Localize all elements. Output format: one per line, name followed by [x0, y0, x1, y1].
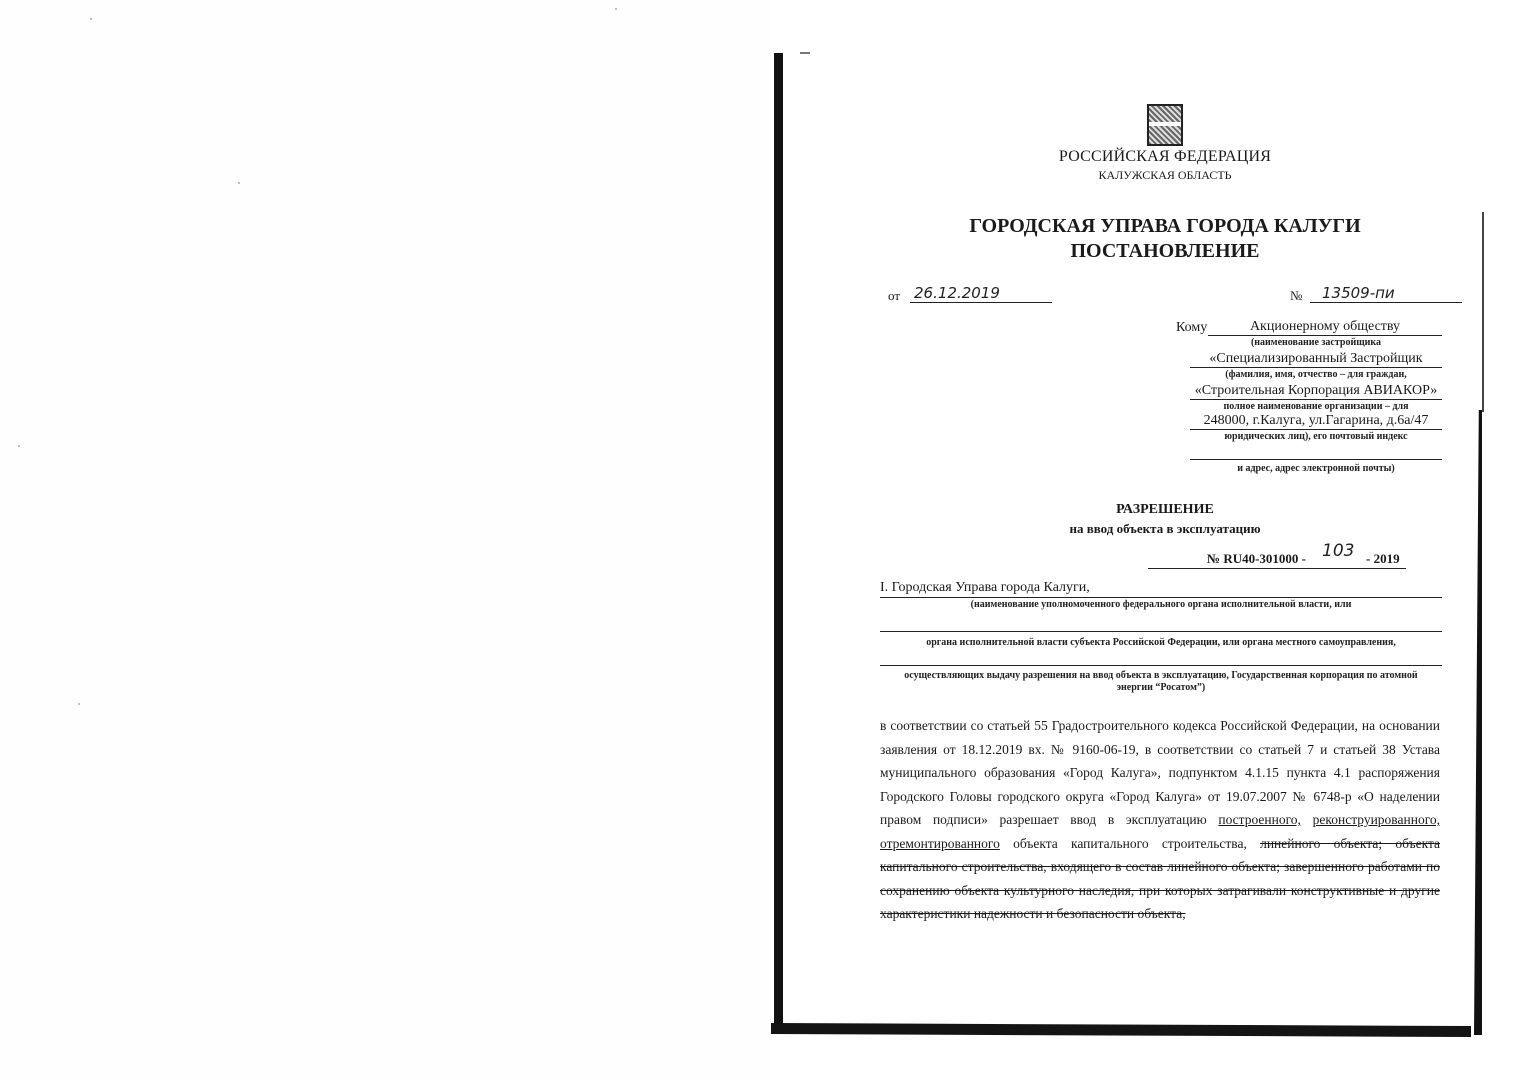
number-label: № — [1290, 288, 1302, 304]
region-name: КАЛУЖСКАЯ ОБЛАСТЬ — [870, 168, 1460, 183]
scan-speck — [90, 18, 92, 20]
date-label: от — [888, 288, 900, 304]
permit-body-text: в соответствии со статьей 55 Градостроит… — [880, 714, 1440, 926]
authority-caption-1: (наименование уполномоченного федерально… — [880, 599, 1442, 610]
recipient-line-2: «Специализированный Застройщик — [1190, 351, 1442, 368]
authority-blank-line-1 — [880, 618, 1442, 632]
scan-speck — [78, 703, 80, 705]
country-name: РОССИЙСКАЯ ФЕДЕРАЦИЯ — [870, 148, 1460, 166]
recipient-line-1: Акционерному обществу — [1208, 319, 1442, 336]
permit-number-prefix: № RU40-301000 - — [1207, 551, 1306, 567]
scan-shadow-left — [774, 53, 783, 1028]
recipient-caption-4: юридических лиц), его почтовый индекс — [1190, 431, 1442, 442]
document-type: ПОСТАНОВЛЕНИЕ — [870, 240, 1460, 263]
body-text-plain: в соответствии со статьей 55 Градостроит… — [880, 718, 1440, 827]
recipient-label: Кому — [1176, 320, 1207, 336]
date-value: 26.12.2019 — [910, 284, 1052, 303]
recipient-line-3: «Строительная Корпорация АВИАКОР» — [1190, 383, 1442, 400]
permit-number-suffix: - 2019 — [1366, 551, 1400, 567]
scan-shadow-right-thin — [1482, 212, 1484, 412]
recipient-caption-3: полное наименование организации – для — [1190, 401, 1442, 412]
authority-caption-2: органа исполнительной власти субъекта Ро… — [880, 637, 1442, 648]
scan-speck — [615, 8, 617, 10]
issuing-authority: I. Городская Управа города Калуги, — [880, 580, 1442, 598]
authority-title: ГОРОДСКАЯ УПРАВА ГОРОДА КАЛУГИ — [870, 215, 1460, 238]
scan-mark — [800, 52, 810, 54]
recipient-line-5 — [1190, 443, 1442, 460]
scan-speck — [18, 445, 20, 447]
recipient-caption-5: и адрес, адрес электронной почты) — [1190, 463, 1442, 474]
authority-blank-line-2 — [880, 652, 1442, 666]
coat-of-arms-icon — [1147, 104, 1183, 146]
scan-speck — [238, 182, 240, 184]
authority-caption-3: осуществляющих выдачу разрешения на ввод… — [890, 670, 1432, 694]
recipient-caption-2: (фамилия, имя, отчество – для граждан, — [1190, 369, 1442, 380]
number-value: 13509-пи — [1310, 284, 1462, 303]
recipient-line-4: 248000, г.Калуга, ул.Гагарина, д.6а/47 — [1190, 413, 1442, 430]
body-text-plain-2: объекта капитального строительства, — [1000, 836, 1260, 851]
permit-subtitle: на ввод объекта в эксплуатацию — [870, 521, 1460, 537]
body-text-underlined: построенного, — [1218, 812, 1301, 827]
recipient-caption-1: (наименование застройщика — [1190, 337, 1442, 348]
blank-scan-area — [0, 0, 770, 1080]
permit-number-handwritten: 103 — [1322, 541, 1354, 561]
permit-title: РАЗРЕШЕНИЕ — [870, 502, 1460, 518]
scan-shadow-bottom — [771, 1023, 1471, 1037]
